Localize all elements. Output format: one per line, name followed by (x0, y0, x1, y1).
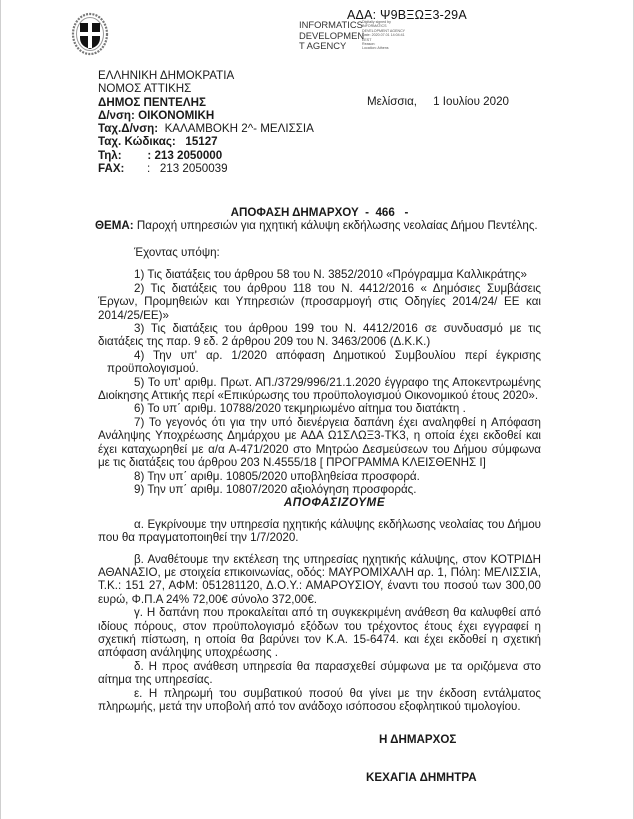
greek-coat-of-arms-icon (71, 12, 109, 56)
decision-e: ε. Η πληρωμή του συμβατικού ποσού θα γίν… (98, 687, 541, 714)
recital-2: 2) Τις διατάξεις του άρθρου 118 του Ν. 4… (98, 282, 541, 322)
prefecture-name: ΝΟΜΟΣ ΑΤΤΙΚΗΣ (98, 82, 314, 95)
address-line: Ταχ.Δ/νση: ΚΑΛΑΜΒΟΚΗ 2^- ΜΕΛΙΣΣΙΑ (98, 122, 314, 135)
signer-title: Η ΔΗΜΑΡΧΟΣ (379, 733, 456, 746)
department-line: Δ/νση: ΟΙΚΟΝΟΜΙΚΗ (98, 109, 314, 122)
municipality-name: ΔΗΜΟΣ ΠΕΝΤΕΛΗΣ (98, 96, 314, 109)
postcode-line: Ταχ. Κώδικας: 15127 (98, 135, 314, 148)
signer-name: ΚΕΧΑΓΙΑ ΔΗΜΗΤΡΑ (366, 771, 477, 784)
recital-4: 4) Την υπ' αρ. 1/2020 απόφαση Δημοτικού … (98, 349, 541, 376)
recital-6: 6) Το υπ΄ αριθμ. 10788/2020 τεκμηριωμένο… (98, 402, 541, 415)
recital-1: 1) Τις διατάξεις του άρθρου 58 του Ν. 38… (98, 268, 541, 281)
signature-organization: INFORMATICS DEVELOPMEN T AGENCY (299, 20, 359, 52)
considering-heading: Έχοντας υπόψη: (134, 246, 541, 259)
republic-name: ΕΛΛΗΝΙΚΗ ΔΗΜΟΚΡΑΤΙΑ (98, 69, 314, 82)
recital-9: 9) Την υπ΄ αριθμ. 10807/2020 αξιολόγηση … (98, 483, 541, 496)
fax-line: FAX: : 213 2050039 (98, 162, 314, 175)
letterhead: ΕΛΛΗΝΙΚΗ ΔΗΜΟΚΡΑΤΙΑ ΝΟΜΟΣ ΑΤΤΙΚΗΣ ΔΗΜΟΣ … (98, 69, 314, 175)
recital-5: 5) Το υπ' αριθμ. Πρωτ. ΑΠ./3729/996/21.1… (98, 376, 541, 403)
subject-label: ΘΕΜΑ: (95, 219, 134, 232)
decision-c: γ. Η δαπάνη που προκαλείται από τη συγκε… (98, 606, 541, 660)
signature-details: Digitally signed by INFORMATICS DEVELOPM… (362, 20, 420, 52)
subject-line: ΘΕΜΑ: Παροχή υπηρεσιών για ηχητική κάλυψ… (95, 219, 538, 232)
digital-signature-stamp: INFORMATICS DEVELOPMEN T AGENCY Digitall… (299, 20, 420, 52)
decision-d: δ. Η προς ανάθεση υπηρεσία θα παρασχεθεί… (98, 660, 541, 687)
document-page: ΑΔΑ: Ψ9ΒΞΩΞ3-29Α INFORMATICS DEVELOPMEN … (0, 0, 634, 819)
subject-text: Παροχή υπηρεσιών για ηχητική κάλυψη εκδή… (134, 219, 538, 232)
document-body: Έχοντας υπόψη: 1) Τις διατάξεις του άρθρ… (98, 246, 541, 713)
decision-a: α. Εγκρίνουμε την υπηρεσία ηχητικής κάλυ… (98, 518, 541, 545)
phone-line: Τηλ: : 213 2050000 (98, 149, 314, 162)
recital-3: 3) Τις διατάξεις του άρθρου 199 του Ν. 4… (98, 322, 541, 349)
recital-8: 8) Την υπ΄ αριθμ. 10805/2020 υποβληθείσα… (98, 470, 541, 483)
recital-7: 7) Το γεγονός ότι για την υπό διενέργεια… (98, 416, 541, 470)
decision-heading: ΑΠΟΦΑΣΙΖΟΥΜΕ (98, 496, 541, 509)
decision-title: ΑΠΟΦΑΣΗ ΔΗΜΑΡΧΟΥ - 466 - (1, 206, 634, 219)
decision-b: β. Αναθέτουμε την εκτέλεση της υπηρεσίας… (98, 553, 541, 607)
place-and-date: Μελίσσια, 1 Ιουλίου 2020 (367, 95, 509, 108)
